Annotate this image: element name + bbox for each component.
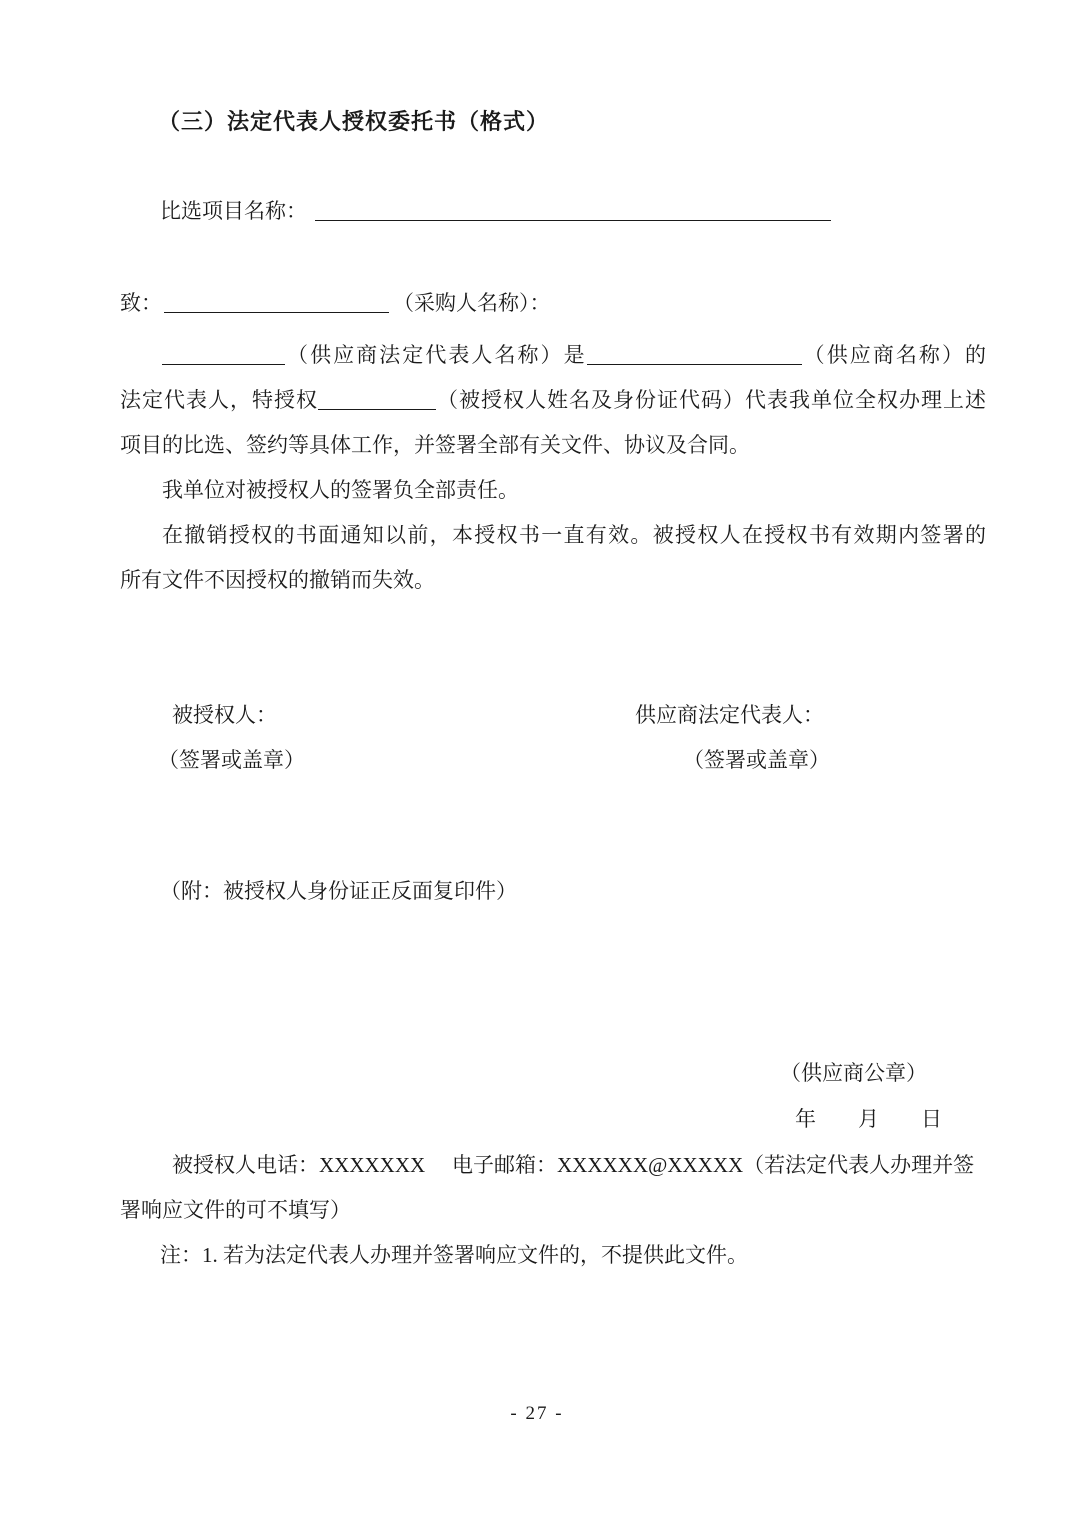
addressee-line: 致：（采购人名称）： <box>120 290 551 316</box>
page-number: - 27 - <box>0 1403 1074 1425</box>
supplier-seal-note: （供应商公章） <box>780 1060 927 1086</box>
addressee-blank <box>164 291 389 313</box>
addressee-prefix: 致： <box>120 291 162 315</box>
authorized-person-blank <box>318 388 436 410</box>
addressee-suffix: （采购人名称）： <box>393 291 551 315</box>
sign-or-seal-left: （签署或盖章） <box>158 747 305 773</box>
attachment-note: （附：被授权人身份证正反面复印件） <box>160 878 517 904</box>
body-line-2-text-b: （被授权人姓名及身份证代码）代表我单位全权办理上述 <box>436 388 986 412</box>
body-line-1-text-b: （供应商名称）的 <box>802 343 986 367</box>
date-line: 年 月 日 <box>795 1106 942 1132</box>
project-name-line: 比选项目名称： <box>160 198 831 224</box>
body-line-2: 法定代表人，特授权（被授权人姓名及身份证代码）代表我单位全权办理上述 <box>120 378 986 423</box>
supplier-rep-label: 供应商法定代表人： <box>635 702 824 728</box>
body-line-5: 在撤销授权的书面通知以前，本授权书一直有效。被授权人在授权书有效期内签署的 <box>120 513 986 558</box>
body-text: （供应商法定代表人名称）是（供应商名称）的 法定代表人，特授权（被授权人姓名及身… <box>120 333 986 603</box>
authorized-person-label: 被授权人： <box>172 702 277 728</box>
contact-email: 电子邮箱：XXXXXX@XXXXX（若法定代表人办理并签 <box>452 1152 974 1178</box>
contact-phone: 被授权人电话：XXXXXXX <box>172 1152 425 1178</box>
project-name-blank <box>315 199 831 221</box>
body-line-3: 项目的比选、签约等具体工作，并签署全部有关文件、协议及合同。 <box>120 423 986 468</box>
supplier-name-blank <box>587 343 802 365</box>
project-name-label: 比选项目名称： <box>160 199 307 223</box>
body-line-2-text-a: 法定代表人，特授权 <box>120 388 318 412</box>
contact-wrap-line: 署响应文件的可不填写） <box>120 1197 351 1223</box>
body-line-4: 我单位对被授权人的签署负全部责任。 <box>120 468 986 513</box>
document-title: （三）法定代表人授权委托书（格式） <box>158 108 549 136</box>
body-line-1-text-a: （供应商法定代表人名称）是 <box>285 343 587 367</box>
body-line-1: （供应商法定代表人名称）是（供应商名称）的 <box>120 333 986 378</box>
legal-rep-name-blank <box>162 343 285 365</box>
sign-or-seal-right: （签署或盖章） <box>683 747 830 773</box>
document-page: （三）法定代表人授权委托书（格式） 比选项目名称： 致：（采购人名称）： （供应… <box>0 0 1074 1520</box>
footnote: 注：1. 若为法定代表人办理并签署响应文件的，不提供此文件。 <box>160 1242 748 1268</box>
body-line-6: 所有文件不因授权的撤销而失效。 <box>120 558 986 603</box>
